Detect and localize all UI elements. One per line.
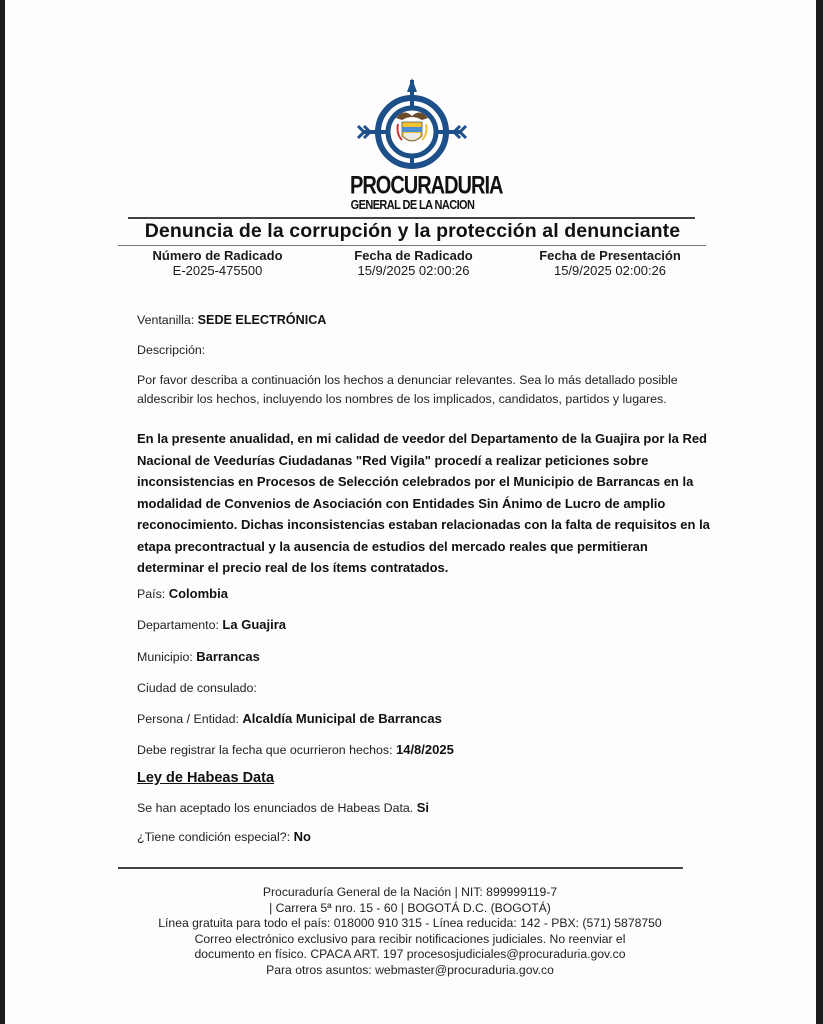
descripcion-label: Descripción: [137, 343, 205, 357]
instructions-line-1: Por favor describa a continuación los he… [137, 373, 678, 387]
field-label: Debe registrar la fecha que ocurrieron h… [137, 743, 393, 757]
footer-line-notice: Correo electrónico exclusivo para recibi… [110, 932, 710, 948]
footer-line-entity: Procuraduría General de la Nación | NIT:… [110, 885, 710, 901]
logo-subtitle: GENERAL DE LA NACION [350, 198, 475, 212]
document-title: Denuncia de la corrupción y la protecció… [110, 220, 715, 243]
habeas-data-field: Se han aceptado los enunciados de Habeas… [137, 800, 429, 815]
field-value: No [294, 829, 311, 844]
field-label: Persona / Entidad: [137, 712, 239, 726]
field-label: Se han aceptado los enunciados de Habeas… [137, 801, 413, 815]
footer-line-webmaster: Para otros asuntos: webmaster@procuradur… [110, 963, 710, 979]
title-divider [118, 245, 706, 246]
ciudad-consulado-field: Ciudad de consulado: [137, 680, 257, 695]
fecha-hechos-field: Debe registrar la fecha que ocurrieron h… [137, 742, 454, 757]
meta-label: Fecha de Presentación [530, 248, 690, 263]
target-emblem-icon [350, 78, 475, 170]
footer-line-judicial-email: documento en físico. CPACA ART. 197 proc… [110, 947, 710, 963]
footer-line-phones: Línea gratuita para todo el país: 018000… [110, 916, 710, 932]
field-value: La Guajira [222, 617, 286, 632]
field-label: Departamento: [137, 618, 219, 632]
field-value: Colombia [169, 586, 228, 601]
field-label: País: [137, 587, 165, 601]
meta-label: Número de Radicado [140, 248, 295, 263]
screen-edge-left [0, 0, 5, 1024]
field-value: SEDE ELECTRÓNICA [198, 313, 327, 327]
field-value: Alcaldía Municipal de Barrancas [242, 711, 441, 726]
field-label: ¿Tiene condición especial?: [137, 830, 290, 844]
field-label: Municipio: [137, 650, 193, 664]
field-label: Ventanilla: [137, 313, 194, 327]
pais-field: País: Colombia [137, 586, 228, 601]
field-label: Ciudad de consulado: [137, 681, 257, 695]
logo-title: PROCURADURIA [350, 172, 475, 201]
meta-value: 15/9/2025 02:00:26 [336, 263, 491, 278]
field-value: Si [417, 800, 429, 815]
ventanilla-field: Ventanilla: SEDE ELECTRÓNICA [137, 313, 326, 327]
screen-edge-right [816, 0, 823, 1024]
meta-fecha-radicado: Fecha de Radicado 15/9/2025 02:00:26 [336, 248, 491, 278]
header-divider [128, 217, 695, 219]
meta-numero-radicado: Número de Radicado E-2025-475500 [140, 248, 295, 278]
field-value: Barrancas [196, 649, 260, 664]
persona-entidad-field: Persona / Entidad: Alcaldía Municipal de… [137, 711, 442, 726]
footer: Procuraduría General de la Nación | NIT:… [110, 885, 710, 979]
meta-fecha-presentacion: Fecha de Presentación 15/9/2025 02:00:26 [530, 248, 690, 278]
complaint-narrative: En la presente anualidad, en mi calidad … [137, 428, 717, 579]
footer-line-address: | Carrera 5ª nro. 15 - 60 | BOGOTÁ D.C. … [110, 901, 710, 917]
meta-value: 15/9/2025 02:00:26 [530, 263, 690, 278]
departamento-field: Departamento: La Guajira [137, 617, 286, 632]
municipio-field: Municipio: Barrancas [137, 649, 260, 664]
instructions-line-2: aldescribir los hechos, incluyendo los n… [137, 392, 667, 406]
procuraduria-logo: PROCURADURIA GENERAL DE LA NACION [350, 78, 475, 214]
condicion-especial-field: ¿Tiene condición especial?: No [137, 829, 311, 844]
meta-label: Fecha de Radicado [336, 248, 491, 263]
meta-value: E-2025-475500 [140, 263, 295, 278]
footer-divider [118, 867, 683, 869]
field-value: 14/8/2025 [396, 742, 454, 757]
habeas-data-heading: Ley de Habeas Data [137, 770, 274, 786]
